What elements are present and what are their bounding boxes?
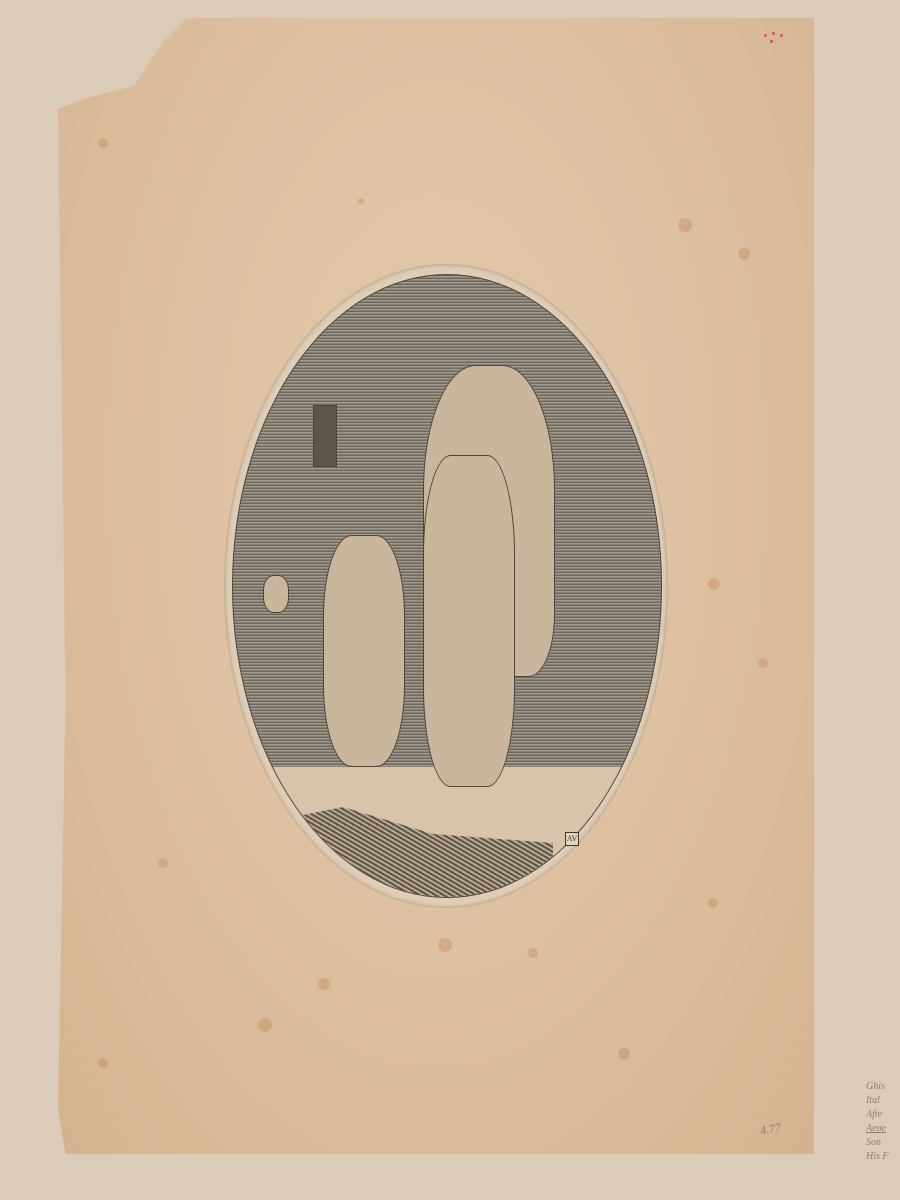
label-line: His F (866, 1150, 900, 1164)
artist-monogram: AV (565, 832, 579, 846)
statuette-penates (313, 405, 337, 467)
collector-stamp (760, 30, 790, 46)
label-line: Afte (866, 1108, 900, 1122)
figure-ascanius (323, 535, 405, 767)
label-line: Ghis (866, 1080, 900, 1094)
mount-label: Ghis Ital Afte Aene Son His F (866, 1080, 900, 1164)
engraving-oval (232, 274, 662, 898)
label-line: Ital (866, 1094, 900, 1108)
covered-cup (263, 575, 289, 613)
label-line: Aene (866, 1122, 900, 1136)
label-line: Son (866, 1136, 900, 1150)
figure-aeneas (423, 455, 515, 787)
